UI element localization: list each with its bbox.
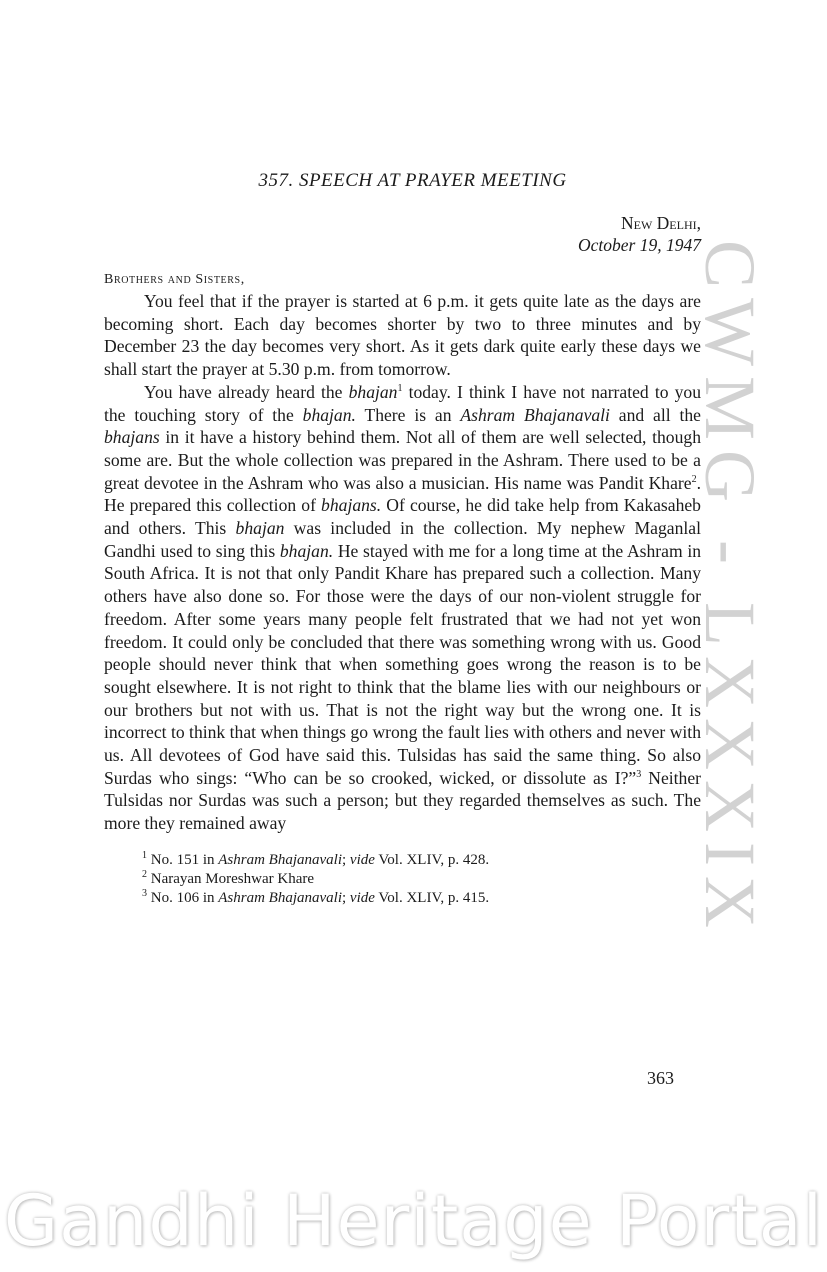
italic-text: Ashram Bhajanavali bbox=[218, 852, 342, 868]
text-run: You feel that if the prayer is started a… bbox=[104, 291, 701, 379]
paragraph: You have already heard the bhajan1 today… bbox=[104, 381, 701, 835]
italic-text: vide bbox=[350, 890, 375, 906]
place-text: New Delhi, bbox=[621, 213, 701, 233]
paragraph: You feel that if the prayer is started a… bbox=[104, 290, 701, 381]
place-line: New Delhi, bbox=[104, 212, 701, 234]
date-line: October 19, 1947 bbox=[104, 234, 701, 256]
text-run: He stayed with me for a long time at the… bbox=[104, 541, 701, 788]
italic-text: bhajan. bbox=[280, 541, 333, 561]
text-run: ; bbox=[342, 852, 350, 868]
text-run: No. 151 in bbox=[147, 852, 218, 868]
italic-text: bhajans bbox=[104, 427, 160, 447]
text-run: No. 106 in bbox=[147, 890, 218, 906]
vertical-watermark: CWMG - LXXXIX bbox=[700, 240, 760, 1040]
italic-text: Ashram Bhajanavali bbox=[460, 405, 610, 425]
text-run: Vol. XLIV, p. 428. bbox=[375, 852, 489, 868]
italic-text: bhajans. bbox=[321, 495, 381, 515]
text-run: There is an bbox=[356, 405, 460, 425]
footnote: 1 No. 151 in Ashram Bhajanavali; vide Vo… bbox=[142, 851, 701, 870]
italic-text: vide bbox=[350, 852, 375, 868]
document-title: 357. SPEECH AT PRAYER MEETING bbox=[124, 170, 701, 192]
salutation: Brothers and Sisters, bbox=[104, 270, 701, 290]
body-text: You feel that if the prayer is started a… bbox=[104, 290, 701, 835]
text-run: Narayan Moreshwar Khare bbox=[147, 871, 314, 887]
text-run: Vol. XLIV, p. 415. bbox=[375, 890, 489, 906]
italic-text: bhajan bbox=[349, 382, 398, 402]
page-number: 363 bbox=[647, 1068, 674, 1089]
text-run: You have already heard the bbox=[144, 382, 349, 402]
bottom-watermark: Gandhi Heritage Portal bbox=[0, 1180, 827, 1262]
italic-text: Ashram Bhajanavali bbox=[218, 890, 342, 906]
footnotes: 1 No. 151 in Ashram Bhajanavali; vide Vo… bbox=[104, 851, 701, 908]
footnote: 3 No. 106 in Ashram Bhajanavali; vide Vo… bbox=[142, 889, 701, 908]
text-run: ; bbox=[342, 890, 350, 906]
italic-text: bhajan. bbox=[303, 405, 356, 425]
document-page: 357. SPEECH AT PRAYER MEETING New Delhi,… bbox=[104, 170, 701, 908]
footnote: 2 Narayan Moreshwar Khare bbox=[142, 870, 701, 889]
text-run: and all the bbox=[610, 405, 701, 425]
text-run: in it have a history behind them. Not al… bbox=[104, 427, 701, 492]
italic-text: bhajan bbox=[236, 518, 285, 538]
